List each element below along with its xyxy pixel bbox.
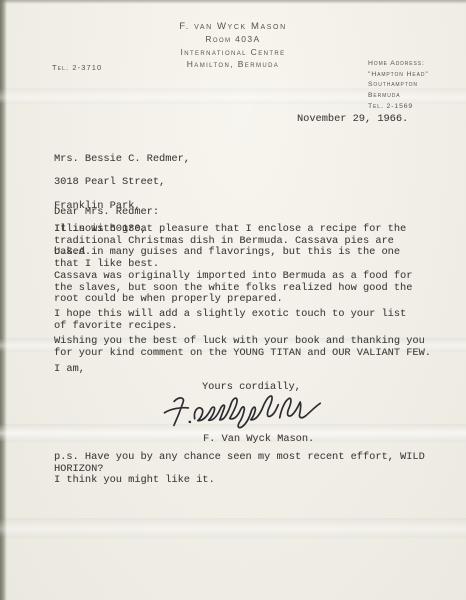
body-paragraph-3: I hope this will add a slightly exotic t…: [54, 309, 406, 332]
home-address-line: "Hampton Head": [368, 70, 429, 81]
home-address-line: Southampton: [368, 80, 429, 91]
letterhead-block: F. van Wyck Mason Room 403A Internationa…: [120, 21, 346, 72]
scanned-letter: F. van Wyck Mason Room 403A Internationa…: [0, 0, 466, 600]
letterhead-building: International Centre: [120, 47, 346, 57]
postscript: p.s. Have you by any chance seen my most…: [54, 452, 466, 487]
recipient-street: 3018 Pearl Street,: [54, 177, 190, 189]
letterhead-room: Room 403A: [120, 34, 346, 44]
home-address-block: Home Address: "Hampton Head" Southampton…: [368, 59, 429, 113]
salutation: Dear Mrs. Redmer:: [54, 207, 159, 219]
paper-edge-shadow-top: [0, 0, 466, 4]
office-telephone: Tel. 2-3710: [52, 63, 102, 72]
home-address-label: Home Address:: [368, 59, 429, 70]
body-paragraph-4: Wishing you the best of luck with your b…: [54, 336, 431, 359]
body-paragraph-1: It is with great pleasure that I enclose…: [54, 224, 406, 271]
handwritten-signature-icon: [155, 389, 331, 435]
home-telephone: Tel. 2-1569: [368, 102, 429, 113]
recipient-name: Mrs. Bessie C. Redmer,: [54, 154, 190, 166]
typed-signature-name: F. Van Wyck Mason.: [203, 434, 314, 446]
letterhead-name: F. van Wyck Mason: [120, 21, 346, 32]
paper-edge-shadow: [0, 0, 7, 600]
closing-intro: I am,: [54, 364, 85, 376]
paper-crease: [0, 518, 466, 538]
date-line: November 29, 1966.: [297, 114, 408, 126]
body-paragraph-2: Cassava was originally imported into Ber…: [54, 271, 412, 306]
letterhead-city: Hamilton, Bermuda: [120, 59, 346, 69]
home-address-line: Bermuda: [368, 91, 429, 102]
